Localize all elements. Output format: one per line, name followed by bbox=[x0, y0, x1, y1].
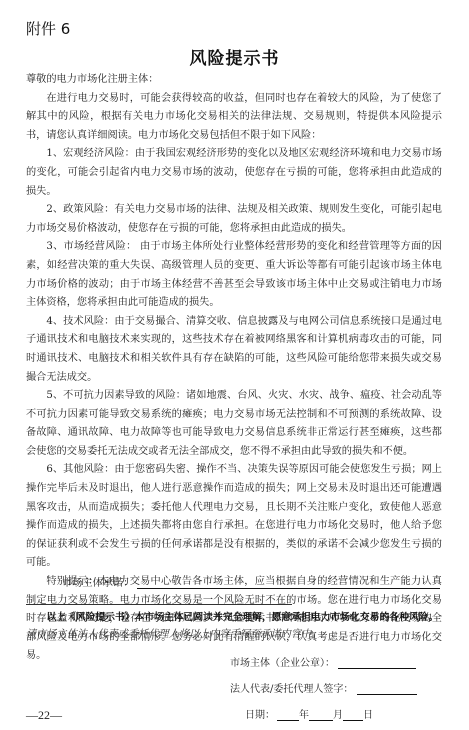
acknowledgement: 以上《风险提示书》本市场主体已阅读并完全理解，愿意承担电力市场化交易的各种风险。… bbox=[26, 609, 442, 643]
commitment-input-line[interactable] bbox=[137, 576, 440, 589]
risk-macro-paragraph: 1、宏观经济风险：由于我国宏观经济形势的变化以及地区宏观经济环境和电力交易市场的… bbox=[26, 145, 442, 201]
date-day-field[interactable] bbox=[343, 709, 363, 721]
risk-technical-paragraph: 4、技术风险：由于交易撮合、清算交收、信息披露及与电网公司信息系统接口是通过电子… bbox=[26, 313, 442, 387]
commitment-row: 市场主体承诺： bbox=[62, 574, 440, 589]
company-seal-label: 市场主体（企业公章）： bbox=[230, 654, 335, 669]
month-label: 月 bbox=[333, 706, 343, 721]
commitment-input-line-2[interactable] bbox=[26, 604, 292, 605]
day-label: 日 bbox=[363, 706, 373, 721]
date-row: 日期： 年 月 日 bbox=[245, 706, 373, 721]
page-number: —22— bbox=[26, 708, 62, 723]
company-seal-field[interactable] bbox=[338, 657, 416, 669]
signer-label: 法人代表/委托代理人签字： bbox=[230, 680, 353, 695]
risk-market-paragraph: 3、市场经营风险： 由于市场主体所处行业整体经营形势的变化和经营管理等方面的因素… bbox=[26, 238, 442, 312]
document-title: 风险提示书 bbox=[0, 44, 469, 69]
risk-force-majeure-paragraph: 5、不可抗力因素导致的风险：诸如地震、台风、火灾、水灾、战争、瘟疫、社会动乱等不… bbox=[26, 387, 442, 461]
document-page: 附件 6 风险提示书 尊敬的电力市场化注册主体： 在进行电力交易时，可能会获得较… bbox=[0, 0, 469, 730]
signer-row: 法人代表/委托代理人签字： bbox=[230, 680, 417, 695]
year-label: 年 bbox=[299, 706, 309, 721]
date-year-field[interactable] bbox=[277, 709, 299, 721]
company-seal-row: 市场主体（企业公章）： bbox=[230, 654, 416, 669]
intro-paragraph: 在进行电力交易时，可能会获得较高的收益，但同时也存在着较大的风险，为了使您了解其… bbox=[26, 90, 442, 146]
signer-field[interactable] bbox=[357, 683, 417, 695]
date-month-field[interactable] bbox=[309, 709, 333, 721]
commitment-label: 市场主体承诺： bbox=[62, 574, 133, 589]
risk-policy-paragraph: 2、政策风险：有关电力交易市场的法律、法规及相关政策、规则发生变化，可能引起电力… bbox=[26, 201, 442, 238]
acknowledgement-bold-text: 以上《风险提示书》本市场主体已阅读并完全理解，愿意承担电力市场化交易的各种风险。 bbox=[46, 612, 438, 623]
attachment-label: 附件 6 bbox=[26, 18, 70, 39]
date-label: 日期： bbox=[245, 706, 275, 721]
salutation: 尊敬的电力市场化注册主体： bbox=[26, 71, 442, 90]
acknowledgement-instruction: 请市场主体法人代表或委托代理人将以上内容手写至承诺内容中。 bbox=[26, 629, 321, 640]
risk-other-paragraph: 6、其他风险：由于您密码失密、操作不当、决策失误等原因可能会使您发生亏损；网上操… bbox=[26, 461, 442, 573]
